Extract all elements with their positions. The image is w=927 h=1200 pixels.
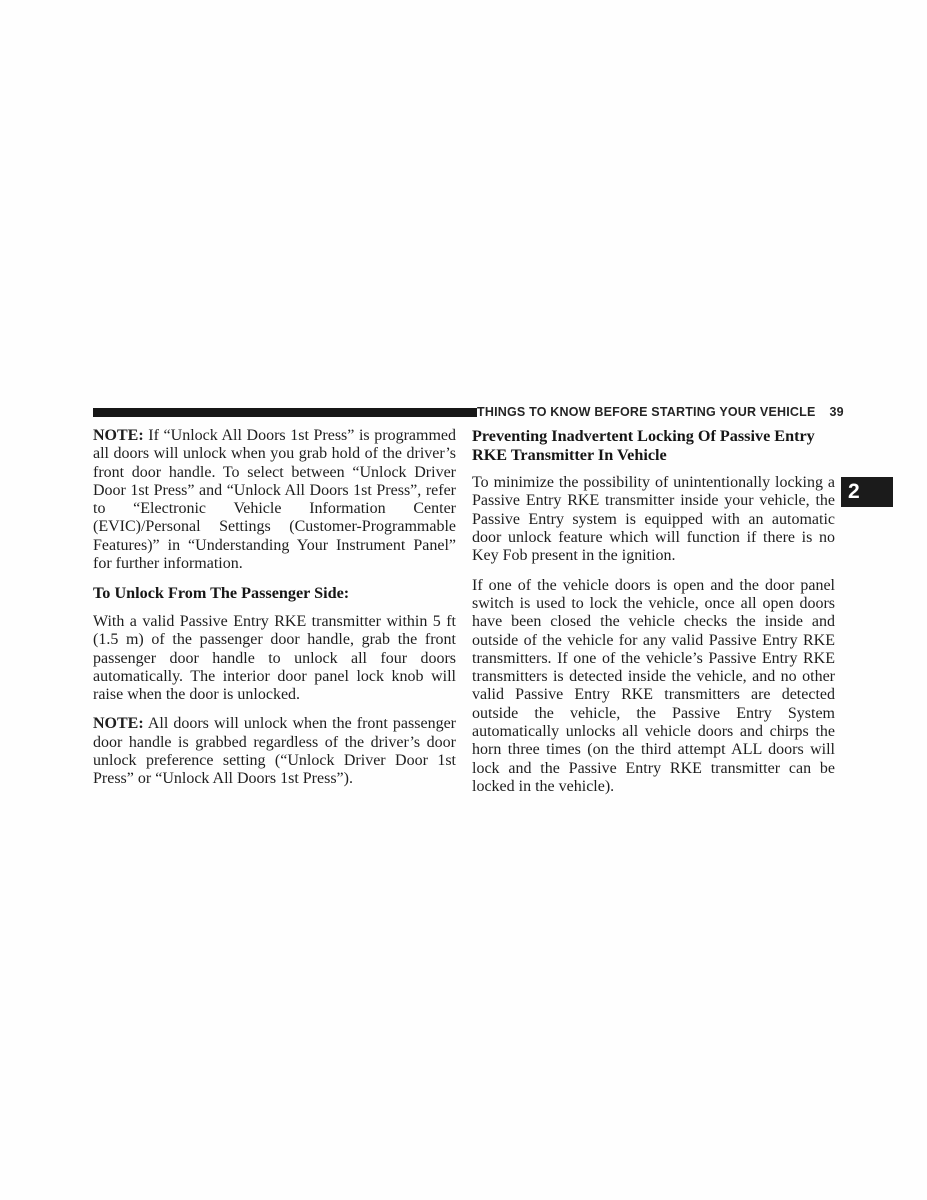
header-rule (93, 408, 477, 417)
note-label: NOTE: (93, 427, 144, 444)
note-label: NOTE: (93, 715, 144, 732)
note-text: All doors will unlock when the front pas… (93, 715, 456, 787)
note-paragraph-1: NOTE: If “Unlock All Doors 1st Press” is… (93, 427, 456, 573)
body-paragraph: With a valid Passive Entry RKE transmitt… (93, 613, 456, 704)
manual-page: THINGS TO KNOW BEFORE STARTING YOUR VEHI… (0, 0, 927, 1200)
running-header: THINGS TO KNOW BEFORE STARTING YOUR VEHI… (477, 405, 844, 419)
header-title: THINGS TO KNOW BEFORE STARTING YOUR VEHI… (477, 405, 815, 419)
text-columns: NOTE: If “Unlock All Doors 1st Press” is… (93, 427, 836, 807)
note-text: If “Unlock All Doors 1st Press” is progr… (93, 427, 456, 572)
note-paragraph-2: NOTE: All doors will unlock when the fro… (93, 715, 456, 788)
body-paragraph: If one of the vehicle doors is open and … (472, 577, 835, 797)
subheading-unlock-passenger-side: To Unlock From The Passenger Side: (93, 584, 456, 603)
chapter-tab: 2 (841, 477, 893, 507)
body-paragraph: To minimize the possibility of unintenti… (472, 474, 835, 565)
subheading-preventing-inadvertent-locking: Preventing Inadvertent Locking Of Passiv… (472, 427, 835, 464)
right-column: Preventing Inadvertent Locking Of Passiv… (472, 427, 835, 807)
page-header: THINGS TO KNOW BEFORE STARTING YOUR VEHI… (93, 404, 835, 420)
left-column: NOTE: If “Unlock All Doors 1st Press” is… (93, 427, 456, 807)
chapter-tab-label: 2 (848, 480, 860, 504)
page-number: 39 (829, 405, 843, 419)
